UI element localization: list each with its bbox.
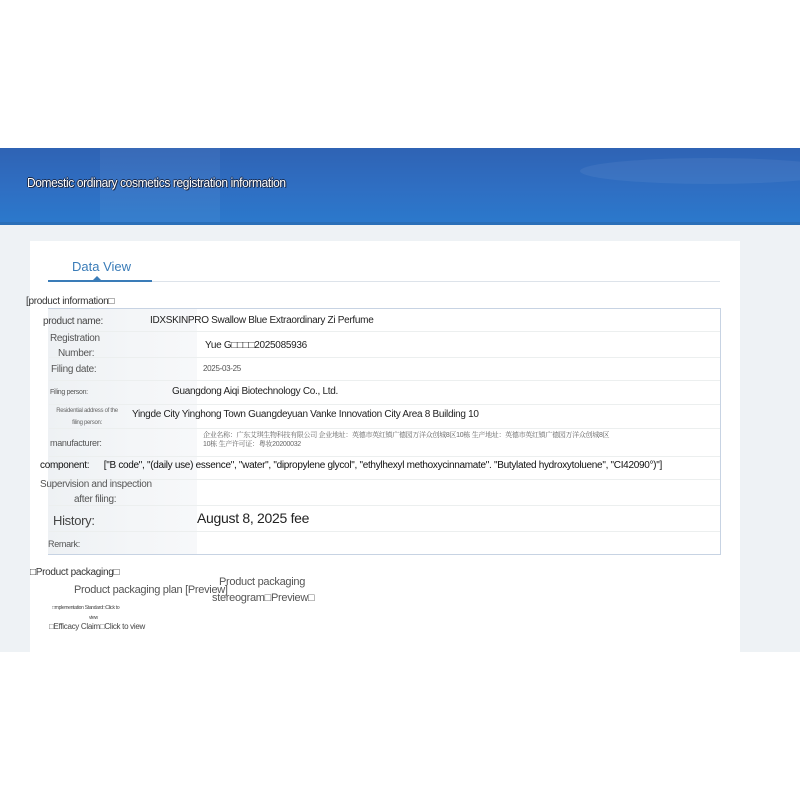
- product-name-value: IDXSKINPRO Swallow Blue Extraordinary Zi…: [150, 315, 373, 326]
- address-label-line2: filing person:: [50, 418, 124, 429]
- filing-person-label: Filing person:: [50, 388, 88, 398]
- product-name-label: product name:: [43, 315, 103, 329]
- tab-active-indicator: [48, 280, 152, 282]
- registration-number-label-line2: Number:: [58, 347, 94, 361]
- caret-up-icon: [93, 276, 101, 280]
- component-row: component: ["B code", "(daily use) essen…: [40, 460, 662, 471]
- history-value: August 8, 2025 fee: [197, 510, 309, 526]
- row-divider: [49, 404, 720, 405]
- implementation-standard-link-line1[interactable]: □mplementation Standard□Click to: [52, 605, 119, 611]
- packaging-stereogram-link-line1[interactable]: Product packaging: [219, 576, 305, 588]
- row-divider: [49, 531, 720, 532]
- supervision-label-line2: after filing:: [74, 493, 116, 507]
- filing-date-value: 2025-03-25: [203, 364, 241, 373]
- implementation-standard-link-line2[interactable]: view: [89, 615, 98, 621]
- section-product-packaging: □Product packaging□: [30, 567, 119, 578]
- efficacy-claim-link[interactable]: □Efficacy Claim□Click to view: [49, 622, 145, 631]
- header-banner-border: [0, 222, 800, 225]
- address-value: Yingde City Yinghong Town Guangdeyuan Va…: [132, 409, 479, 420]
- page-title: Domestic ordinary cosmetics registration…: [27, 175, 286, 190]
- row-divider: [49, 456, 720, 457]
- remark-label: Remark:: [48, 538, 80, 551]
- registration-number-value: Yue G□□□□2025085936: [205, 340, 307, 351]
- address-label-line1: Residential address of the: [50, 406, 124, 417]
- history-label: History:: [53, 512, 95, 530]
- filing-date-label: Filing date:: [51, 363, 96, 377]
- supervision-label-line1: Supervision and inspection: [40, 478, 152, 492]
- row-divider: [49, 505, 720, 506]
- row-divider: [49, 380, 720, 381]
- tab-data-view[interactable]: Data View: [72, 259, 131, 274]
- manufacturer-value-line2: 10栋 生产许可证：粤妆20200032: [203, 441, 609, 450]
- component-label: component:: [40, 460, 89, 471]
- manufacturer-value-line1: 企业名称：广东艾琪生物科技有限公司 企业地址：英德市英红镇广德园万洋众创城8区1…: [203, 432, 609, 441]
- row-divider: [49, 331, 720, 332]
- row-divider: [49, 357, 720, 358]
- row-divider: [49, 428, 720, 429]
- manufacturer-value: 企业名称：广东艾琪生物科技有限公司 企业地址：英德市英红镇广德园万洋众创城8区1…: [203, 432, 609, 450]
- tab-divider: [152, 281, 720, 282]
- registration-number-label-line1: Registration: [50, 332, 100, 346]
- section-product-information: [product information□: [26, 296, 114, 307]
- manufacturer-label: manufacturer:: [50, 437, 102, 450]
- component-value: ["B code", "(daily use) essence", "water…: [104, 460, 662, 471]
- filing-person-value: Guangdong Aiqi Biotechnology Co., Ltd.: [172, 386, 338, 397]
- packaging-stereogram-link-line2[interactable]: stereogram□Preview□: [212, 592, 314, 604]
- packaging-plan-preview-link[interactable]: Product packaging plan [Preview]: [74, 584, 228, 596]
